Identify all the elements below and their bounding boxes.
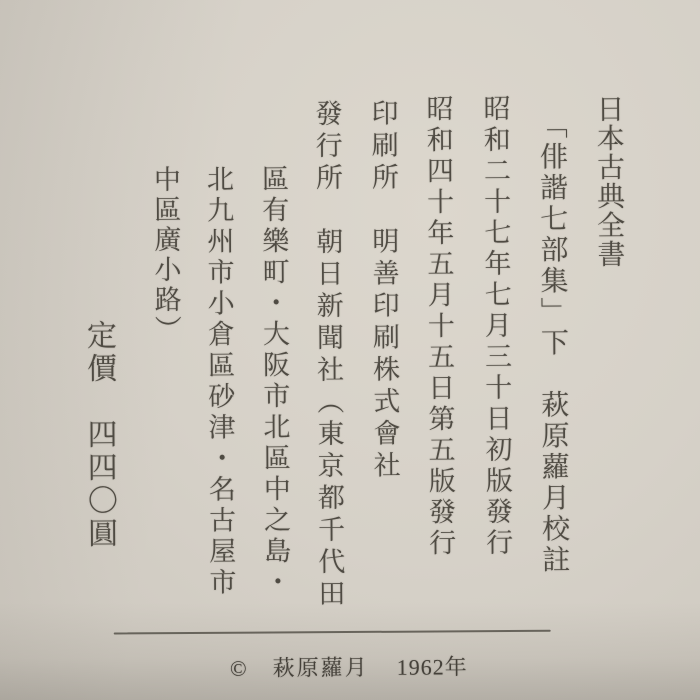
colophon-content: 日本古典全書 「俳諧七部集」下 萩原蘿月校註 昭和二十七年七月三十日初版發行 昭… [0, 0, 700, 700]
publisher-address-line-3: 北九州市小倉區砂津・名古屋市 [199, 165, 241, 599]
copyright-holder: 萩原蘿月 [273, 655, 369, 681]
printer-info: 印刷所 明善印刷株式會社 [363, 99, 404, 483]
publisher-info: 發行所 朝日新聞社（東京都千代田 [307, 99, 349, 611]
publisher-address-line-2: 區有樂町・大阪市北區中之島・ [254, 164, 296, 598]
copyright-line: ©萩原蘿月1962年 [230, 650, 468, 682]
copyright-year: 1962年 [397, 654, 468, 679]
price: 定價 四四〇圓 [76, 319, 121, 550]
book-title-and-editor: 「俳諧七部集」下 萩原蘿月校註 [531, 111, 574, 576]
fifth-edition-date: 昭和四十年五月十五日第五版發行 [418, 94, 460, 559]
publisher-address-line-4: 中區廣小路） [146, 165, 186, 345]
copyright-divider-rule [114, 630, 551, 635]
series-title: 日本古典全書 [587, 94, 628, 268]
first-edition-date: 昭和二十七年七月三十日初版發行 [475, 94, 517, 559]
copyright-symbol-icon: © [230, 656, 247, 681]
book-colophon-page: 日本古典全書 「俳諧七部集」下 萩原蘿月校註 昭和二十七年七月三十日初版發行 昭… [0, 0, 700, 700]
